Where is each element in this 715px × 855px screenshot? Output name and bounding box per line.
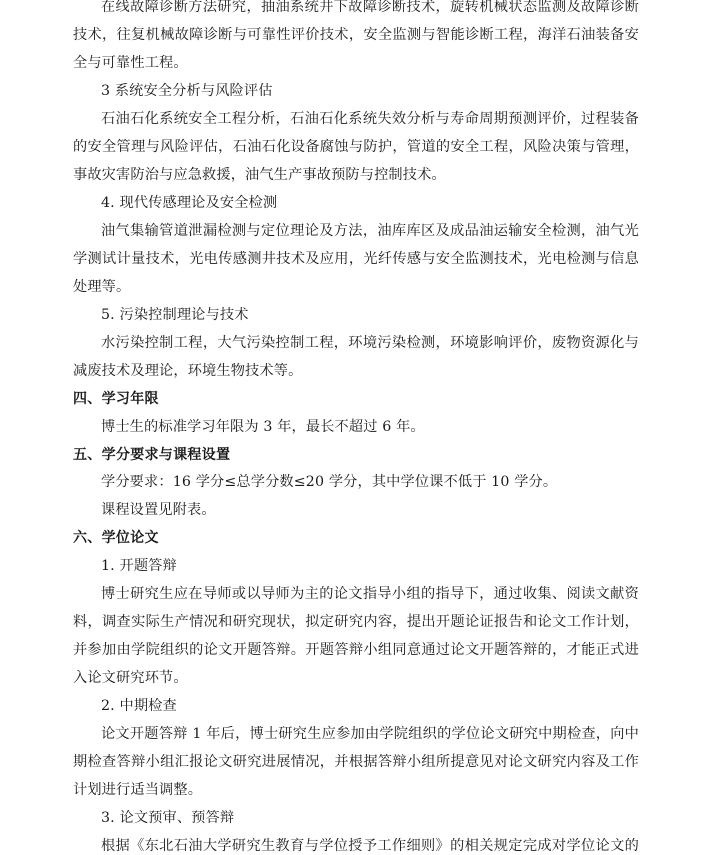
subsection-title: 3 系统安全分析与风险评估 [73, 78, 639, 106]
paragraph-line: 减废技术及理论，环境生物技术等。 [73, 358, 639, 386]
paragraph-line: 博士研究生应在导师或以导师为主的论文指导小组的指导下，通过收集、阅读文献资 [73, 581, 639, 609]
paragraph-line: 事故灾害防治与应急救援，油气生产事故预防与控制技术。 [73, 162, 639, 190]
paragraph-line: 全与可靠性工程。 [73, 50, 639, 78]
subsection-title: 4. 现代传感理论及安全检测 [73, 190, 639, 218]
paragraph-line: 料，调查实际生产情况和研究现状，拟定研究内容，提出开题论证报告和论文工作计划， [73, 609, 639, 637]
paragraph-line: 期检查答辩小组汇报论文研究进展情况，并根据答辩小组所提意见对论文研究内容及工作 [73, 749, 639, 777]
paragraph-line: 水污染控制工程，大气污染控制工程，环境污染检测，环境影响评价，废物资源化与 [73, 330, 639, 358]
subsection-title: 5. 污染控制理论与技术 [73, 302, 639, 330]
paragraph-line: 计划进行适当调整。 [73, 777, 639, 805]
subsection-title: 2. 中期检查 [73, 693, 639, 721]
subsection-title: 3. 论文预审、预答辩 [73, 805, 639, 833]
paragraph-line: 博士生的标准学习年限为 3 年，最长不超过 6 年。 [73, 414, 639, 442]
paragraph-line: 技术，往复机械故障诊断与可靠性评价技术，安全监测与智能诊断工程，海洋石油装备安 [73, 22, 639, 50]
paragraph-line: 的安全管理与风险评估，石油石化设备腐蚀与防护，管道的安全工程，风险决策与管理， [73, 134, 639, 162]
paragraph-line: 在线故障诊断方法研究，抽油系统井下故障诊断技术，旋转机械状态监测及故障诊断 [73, 0, 639, 22]
section-heading: 四、学习年限 [73, 386, 639, 414]
paragraph-line: 学分要求：16 学分≤总学分数≤20 学分，其中学位课不低于 10 学分。 [73, 469, 639, 497]
paragraph-line: 油气集输管道泄漏检测与定位理论及方法，油库库区及成品油运输安全检测，油气光 [73, 218, 639, 246]
section-heading: 五、学分要求与课程设置 [73, 442, 639, 470]
section-heading: 六、学位论文 [73, 525, 639, 553]
paragraph-line: 处理等。 [73, 274, 639, 302]
paragraph-line: 根据《东北石油大学研究生教育与学位授予工作细则》的相关规定完成对学位论文的 [73, 833, 639, 855]
paragraph-line: 入论文研究环节。 [73, 665, 639, 693]
paragraph-line: 石油石化系统安全工程分析，石油石化系统失效分析与寿命周期预测评价，过程装备 [73, 106, 639, 134]
document-page: 在线故障诊断方法研究，抽油系统井下故障诊断技术，旋转机械状态监测及故障诊断 技术… [73, 0, 639, 855]
paragraph-line: 论文开题答辩 1 年后，博士研究生应参加由学院组织的学位论文研究中期检查，向中 [73, 721, 639, 749]
subsection-title: 1. 开题答辩 [73, 553, 639, 581]
paragraph-line: 课程设置见附表。 [73, 497, 639, 525]
paragraph-line: 并参加由学院组织的论文开题答辩。开题答辩小组同意通过论文开题答辩的，才能正式进 [73, 637, 639, 665]
paragraph-line: 学测试计量技术，光电传感测井技术及应用，光纤传感与安全监测技术，光电检测与信息 [73, 246, 639, 274]
